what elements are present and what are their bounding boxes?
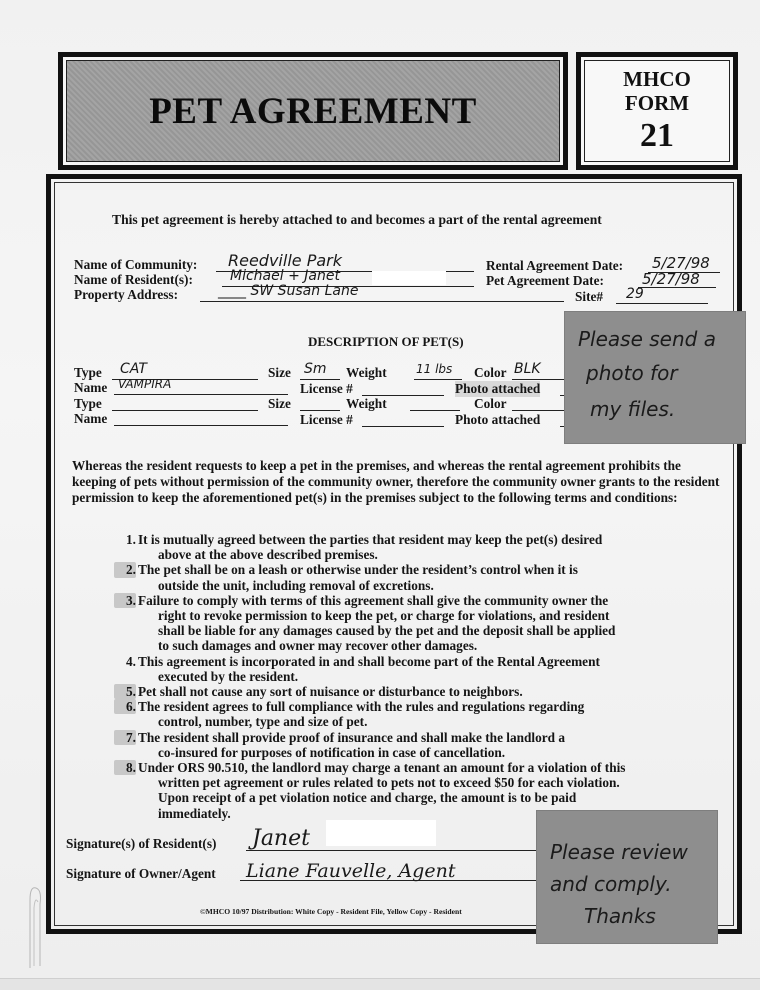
pet1-size-field[interactable]: Sm <box>304 361 327 377</box>
pet-date-field[interactable]: 5/27/98 <box>642 270 700 288</box>
term-item: 4. This agreement is incorporated in and… <box>112 654 712 684</box>
page-title: PET AGREEMENT <box>149 90 477 133</box>
redaction-box <box>326 820 436 846</box>
owner-signature-field[interactable]: Liane Fauvelle, Agent <box>246 860 455 882</box>
term-item: 6. The resident agrees to full complianc… <box>112 699 712 729</box>
pet1-color-field[interactable]: BLK <box>514 361 541 377</box>
pet2-weight-label: Weight <box>346 396 387 412</box>
sticky-note-review-request: Please review and comply. Thanks <box>536 810 718 944</box>
resident-signature-field[interactable]: Janet <box>252 826 310 851</box>
whereas-paragraph: Whereas the resident requests to keep a … <box>72 458 722 507</box>
site-field[interactable]: 29 <box>626 286 644 302</box>
pet1-name-label: Name <box>74 380 107 396</box>
pet1-type-label: Type <box>74 365 102 381</box>
pet1-name-field[interactable]: VAMPIRA <box>118 377 171 391</box>
form-label: FORM <box>585 91 729 115</box>
pet2-weight-field[interactable] <box>410 410 460 411</box>
address-label: Property Address: <box>74 287 178 303</box>
form-number: 21 <box>585 115 729 157</box>
residents-label: Name of Resident(s): <box>74 272 193 288</box>
margin-scribble-icon <box>22 880 48 970</box>
form-org-label: MHCO <box>585 67 729 91</box>
rental-date-label: Rental Agreement Date: <box>486 258 623 274</box>
pet1-photo-label: Photo attached <box>455 381 540 397</box>
address-field-line <box>200 301 564 302</box>
pet1-size-label: Size <box>268 365 291 381</box>
pet2-color-field[interactable] <box>512 410 564 411</box>
term-item: 2. The pet shall be on a leash or otherw… <box>112 562 712 592</box>
pet1-color-line <box>512 379 564 380</box>
intro-statement: This pet agreement is hereby attached to… <box>112 212 602 228</box>
resident-signature-label: Signature(s) of Resident(s) <box>66 836 216 852</box>
pet1-type-field[interactable]: CAT <box>120 361 147 377</box>
owner-signature-label: Signature of Owner/Agent <box>66 866 216 882</box>
pet2-size-label: Size <box>268 396 291 412</box>
address-field[interactable]: ____ SW Susan Lane <box>218 283 358 299</box>
community-label: Name of Community: <box>74 257 197 273</box>
residents-field[interactable]: Michael + Janet <box>230 268 340 284</box>
site-label: Site# <box>575 289 603 305</box>
page-edge <box>0 978 760 990</box>
pet1-size-line <box>300 379 340 380</box>
pet-date-label: Pet Agreement Date: <box>486 273 604 289</box>
term-item: 5. Pet shall not cause any sort of nuisa… <box>112 684 712 699</box>
pet2-size-field[interactable] <box>300 410 340 411</box>
sticky-note-photo-request: Please send a photo for my files. <box>564 311 746 444</box>
term-item: 7. The resident shall provide proof of i… <box>112 730 712 760</box>
title-box: PET AGREEMENT <box>58 52 568 170</box>
terms-list: 1. It is mutually agreed between the par… <box>112 532 712 821</box>
term-item: 3. Failure to comply with terms of this … <box>112 593 712 654</box>
site-field-line <box>616 303 708 304</box>
pet1-weight-line <box>414 379 462 380</box>
redaction-box <box>372 271 446 285</box>
pet1-weight-field[interactable]: 11 lbs <box>416 362 452 376</box>
pet2-photo-label: Photo attached <box>455 412 540 428</box>
pet1-weight-label: Weight <box>346 365 387 381</box>
pet2-type-label: Type <box>74 396 102 412</box>
pet2-name-label: Name <box>74 411 107 427</box>
footer-distribution: ©MHCO 10/97 Distribution: White Copy - R… <box>200 907 462 916</box>
pet2-type-field[interactable] <box>112 410 258 411</box>
pet1-name-line <box>114 394 288 395</box>
form-number-box: MHCO FORM 21 <box>576 52 738 170</box>
pet2-name-field[interactable] <box>114 425 288 426</box>
pet-section-title: DESCRIPTION OF PET(S) <box>308 334 464 350</box>
pet2-license-field[interactable] <box>362 426 444 427</box>
pet1-license-label: License # <box>300 381 353 397</box>
term-item: 1. It is mutually agreed between the par… <box>112 532 712 562</box>
pet1-color-label: Color <box>474 365 507 381</box>
pet2-color-label: Color <box>474 396 507 412</box>
pet2-license-label: License # <box>300 412 353 428</box>
